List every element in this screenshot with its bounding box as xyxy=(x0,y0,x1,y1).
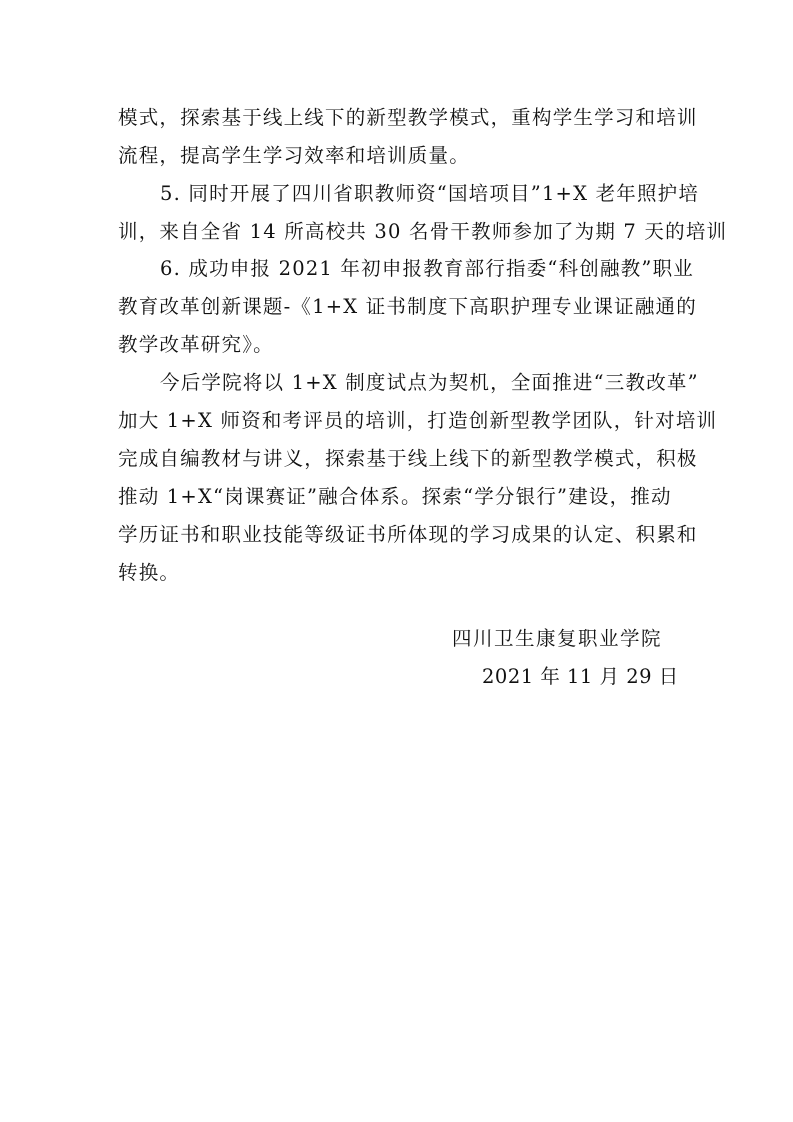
list-item-5-line-2: 训，来自全省 14 所高校共 30 名骨干教师参加了为期 7 天的培训 xyxy=(118,220,727,244)
list-item-5-line-1: 5. 同时开展了四川省职教师资“国培项目”1+X 老年照护培 xyxy=(160,182,699,206)
signature-date: 2021 年 11 月 29 日 xyxy=(482,665,679,689)
conclusion-line-5: 学历证书和职业技能等级证书所体现的学习成果的认定、积累和 xyxy=(118,523,698,547)
conclusion-line-2: 加大 1+X 师资和考评员的培训，打造创新型教学团队，针对培训 xyxy=(118,409,717,433)
list-item-6-line-2: 教育改革创新课题-《1+X 证书制度下高职护理专业课证融通的 xyxy=(118,295,697,319)
conclusion-line-3: 完成自编教材与讲义，探索基于线上线下的新型教学模式，积极 xyxy=(118,447,698,471)
list-item-6-line-1: 6. 成功申报 2021 年初申报教育部行指委“科创融教”职业 xyxy=(160,257,694,281)
body-line-2: 流程，提高学生学习效率和培训质量。 xyxy=(118,144,470,168)
conclusion-line-1: 今后学院将以 1+X 制度试点为契机，全面推进“三教改革” xyxy=(160,371,699,395)
list-item-6-line-3: 教学改革研究》。 xyxy=(118,333,274,357)
conclusion-line-4: 推动 1+X“岗课赛证”融合体系。探索“学分银行”建设，推动 xyxy=(118,485,672,509)
document-page: 模式，探索基于线上线下的新型教学模式，重构学生学习和培训 流程，提高学生学习效率… xyxy=(0,0,793,1122)
conclusion-line-6: 转换。 xyxy=(118,561,180,585)
body-line-1: 模式，探索基于线上线下的新型教学模式，重构学生学习和培训 xyxy=(118,106,698,130)
signature-organization: 四川卫生康复职业学院 xyxy=(452,627,662,651)
